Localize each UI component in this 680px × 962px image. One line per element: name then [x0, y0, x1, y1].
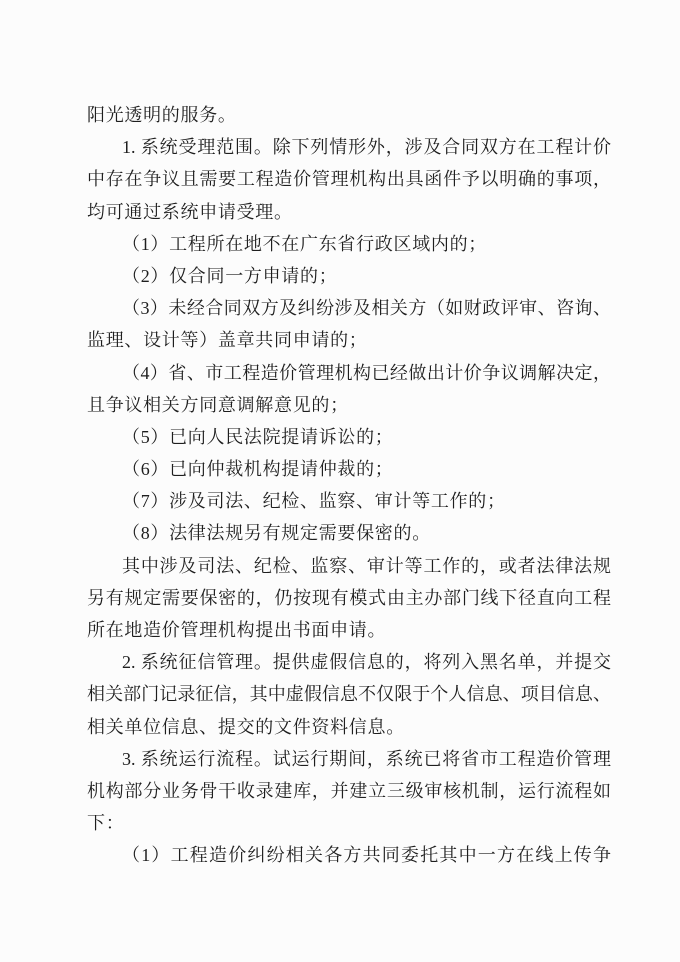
document-body: 阳光透明的服务。1. 系统受理范围。除下列情形外，涉及合同双方在工程计价中存在争… — [87, 99, 611, 872]
document-line: （3）未经合同双方及纠纷涉及相关方（如财政评审、咨询、 — [87, 292, 611, 324]
document-line: 机构部分业务骨干收录建库，并建立三级审核机制，运行流程如 — [87, 775, 611, 807]
document-line: 均可通过系统申请受理。 — [87, 196, 611, 228]
document-line: （7）涉及司法、纪检、监察、审计等工作的； — [87, 485, 611, 517]
document-line: 另有规定需要保密的，仍按现有模式由主办部门线下径直向工程 — [87, 582, 611, 614]
document-line: （4）省、市工程造价管理机构已经做出计价争议调解决定， — [87, 357, 611, 389]
document-line: （6）已向仲裁机构提请仲裁的； — [87, 453, 611, 485]
document-line: （1）工程所在地不在广东省行政区域内的； — [87, 228, 611, 260]
document-line: 阳光透明的服务。 — [87, 99, 611, 131]
document-page: 阳光透明的服务。1. 系统受理范围。除下列情形外，涉及合同双方在工程计价中存在争… — [0, 0, 680, 962]
document-line: （2）仅合同一方申请的； — [87, 260, 611, 292]
document-line: 相关部门记录征信，其中虚假信息不仅限于个人信息、项目信息、 — [87, 678, 611, 710]
document-line: 监理、设计等）盖章共同申请的； — [87, 324, 611, 356]
document-line: （5）已向人民法院提请诉讼的； — [87, 421, 611, 453]
document-line: 且争议相关方同意调解意见的； — [87, 389, 611, 421]
document-line: 1. 系统受理范围。除下列情形外，涉及合同双方在工程计价 — [87, 131, 611, 163]
document-line: 其中涉及司法、纪检、监察、审计等工作的，或者法律法规 — [87, 550, 611, 582]
document-line: 3. 系统运行流程。试运行期间，系统已将省市工程造价管理 — [87, 743, 611, 775]
document-line: 2. 系统征信管理。提供虚假信息的，将列入黑名单，并提交 — [87, 646, 611, 678]
document-line: （1）工程造价纠纷相关各方共同委托其中一方在线上传争 — [87, 839, 611, 871]
document-line: 相关单位信息、提交的文件资料信息。 — [87, 711, 611, 743]
document-line: （8）法律法规另有规定需要保密的。 — [87, 517, 611, 549]
document-line: 下： — [87, 807, 611, 839]
document-line: 中存在争议且需要工程造价管理机构出具函件予以明确的事项， — [87, 163, 611, 195]
document-line: 所在地造价管理机构提出书面申请。 — [87, 614, 611, 646]
